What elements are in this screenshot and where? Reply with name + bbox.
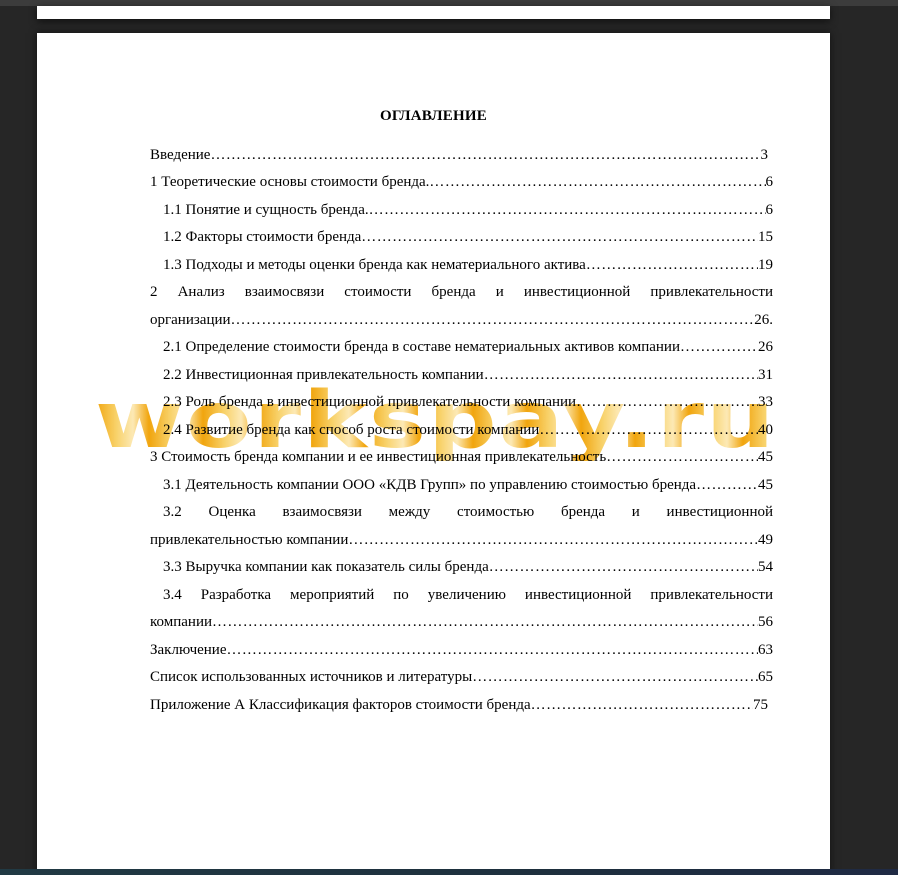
page-number: 26 — [758, 337, 773, 357]
toc-entry-3-4[interactable]: компании56 — [150, 612, 773, 632]
page-number: 63 — [758, 640, 773, 660]
toc-entry-3-2-line1[interactable]: 3.2 Оценка взаимосвязи между стоимостью … — [150, 502, 773, 522]
page-number: 26. — [754, 310, 773, 330]
toc-entry-references[interactable]: Список использованных источников и литер… — [150, 667, 773, 687]
toc-entry-2-2[interactable]: 2.2 Инвестиционная привлекательность ком… — [150, 365, 773, 385]
toc-entry-chapter-3[interactable]: 3 Стоимость бренда компании и ее инвести… — [150, 447, 773, 467]
toc-entry-2-4[interactable]: 2.4 Развитие бренда как способ роста сто… — [150, 420, 773, 440]
page-number: 19 — [758, 255, 773, 275]
page-number: 31 — [758, 365, 773, 385]
previous-page-edge — [37, 6, 830, 19]
page-number: 3 — [761, 145, 769, 165]
toc-entry-1-1[interactable]: 1.1 Понятие и сущность бренда.6 — [150, 200, 773, 220]
page-number: 6 — [766, 200, 774, 220]
page-number: 56 — [758, 612, 773, 632]
page-number: 33 — [758, 392, 773, 412]
document-page: ОГЛАВЛЕНИЕ Введение3 1 Теоретические осн… — [37, 33, 830, 875]
viewer-bottom-bar — [0, 869, 898, 875]
toc-entry-appendix-a[interactable]: Приложение А Классификация факторов стои… — [150, 695, 768, 715]
toc-entry-1-3[interactable]: 1.3 Подходы и методы оценки бренда как н… — [150, 255, 773, 275]
page-number: 54 — [758, 557, 773, 577]
toc-entry-3-2[interactable]: привлекательностью компании49 — [150, 530, 773, 550]
page-number: 45 — [758, 447, 773, 467]
page-number: 65 — [758, 667, 773, 687]
toc-entry-3-1[interactable]: 3.1 Деятельность компании ООО «КДВ Групп… — [150, 475, 773, 495]
toc-entry-introduction[interactable]: Введение3 — [150, 145, 768, 165]
page-number: 45 — [758, 475, 773, 495]
toc-entry-2-3[interactable]: 2.3 Роль бренда в инвестиционной привлек… — [150, 392, 773, 412]
toc-entry-2-1[interactable]: 2.1 Определение стоимости бренда в соста… — [150, 337, 773, 357]
toc-entry-1-2[interactable]: 1.2 Факторы стоимости бренда15 — [150, 227, 773, 247]
toc-entry-chapter-2-line1[interactable]: 2 Анализ взаимосвязи стоимости бренда и … — [150, 282, 773, 302]
page-number: 75 — [753, 695, 768, 715]
toc-entry-3-4-line1[interactable]: 3.4 Разработка мероприятий по увеличению… — [150, 585, 773, 605]
toc-entry-3-3[interactable]: 3.3 Выручка компании как показатель силы… — [150, 557, 773, 577]
toc-title: ОГЛАВЛЕНИЕ — [37, 108, 830, 125]
page-number: 15 — [758, 227, 773, 247]
page-number: 40 — [758, 420, 773, 440]
toc-entry-chapter-1[interactable]: 1 Теоретические основы стоимости бренда.… — [150, 172, 773, 192]
page-number: 49 — [758, 530, 773, 550]
page-number: 6 — [766, 172, 774, 192]
toc-entry-chapter-2[interactable]: организации26. — [150, 310, 773, 330]
toc-entry-conclusion[interactable]: Заключение63 — [150, 640, 773, 660]
